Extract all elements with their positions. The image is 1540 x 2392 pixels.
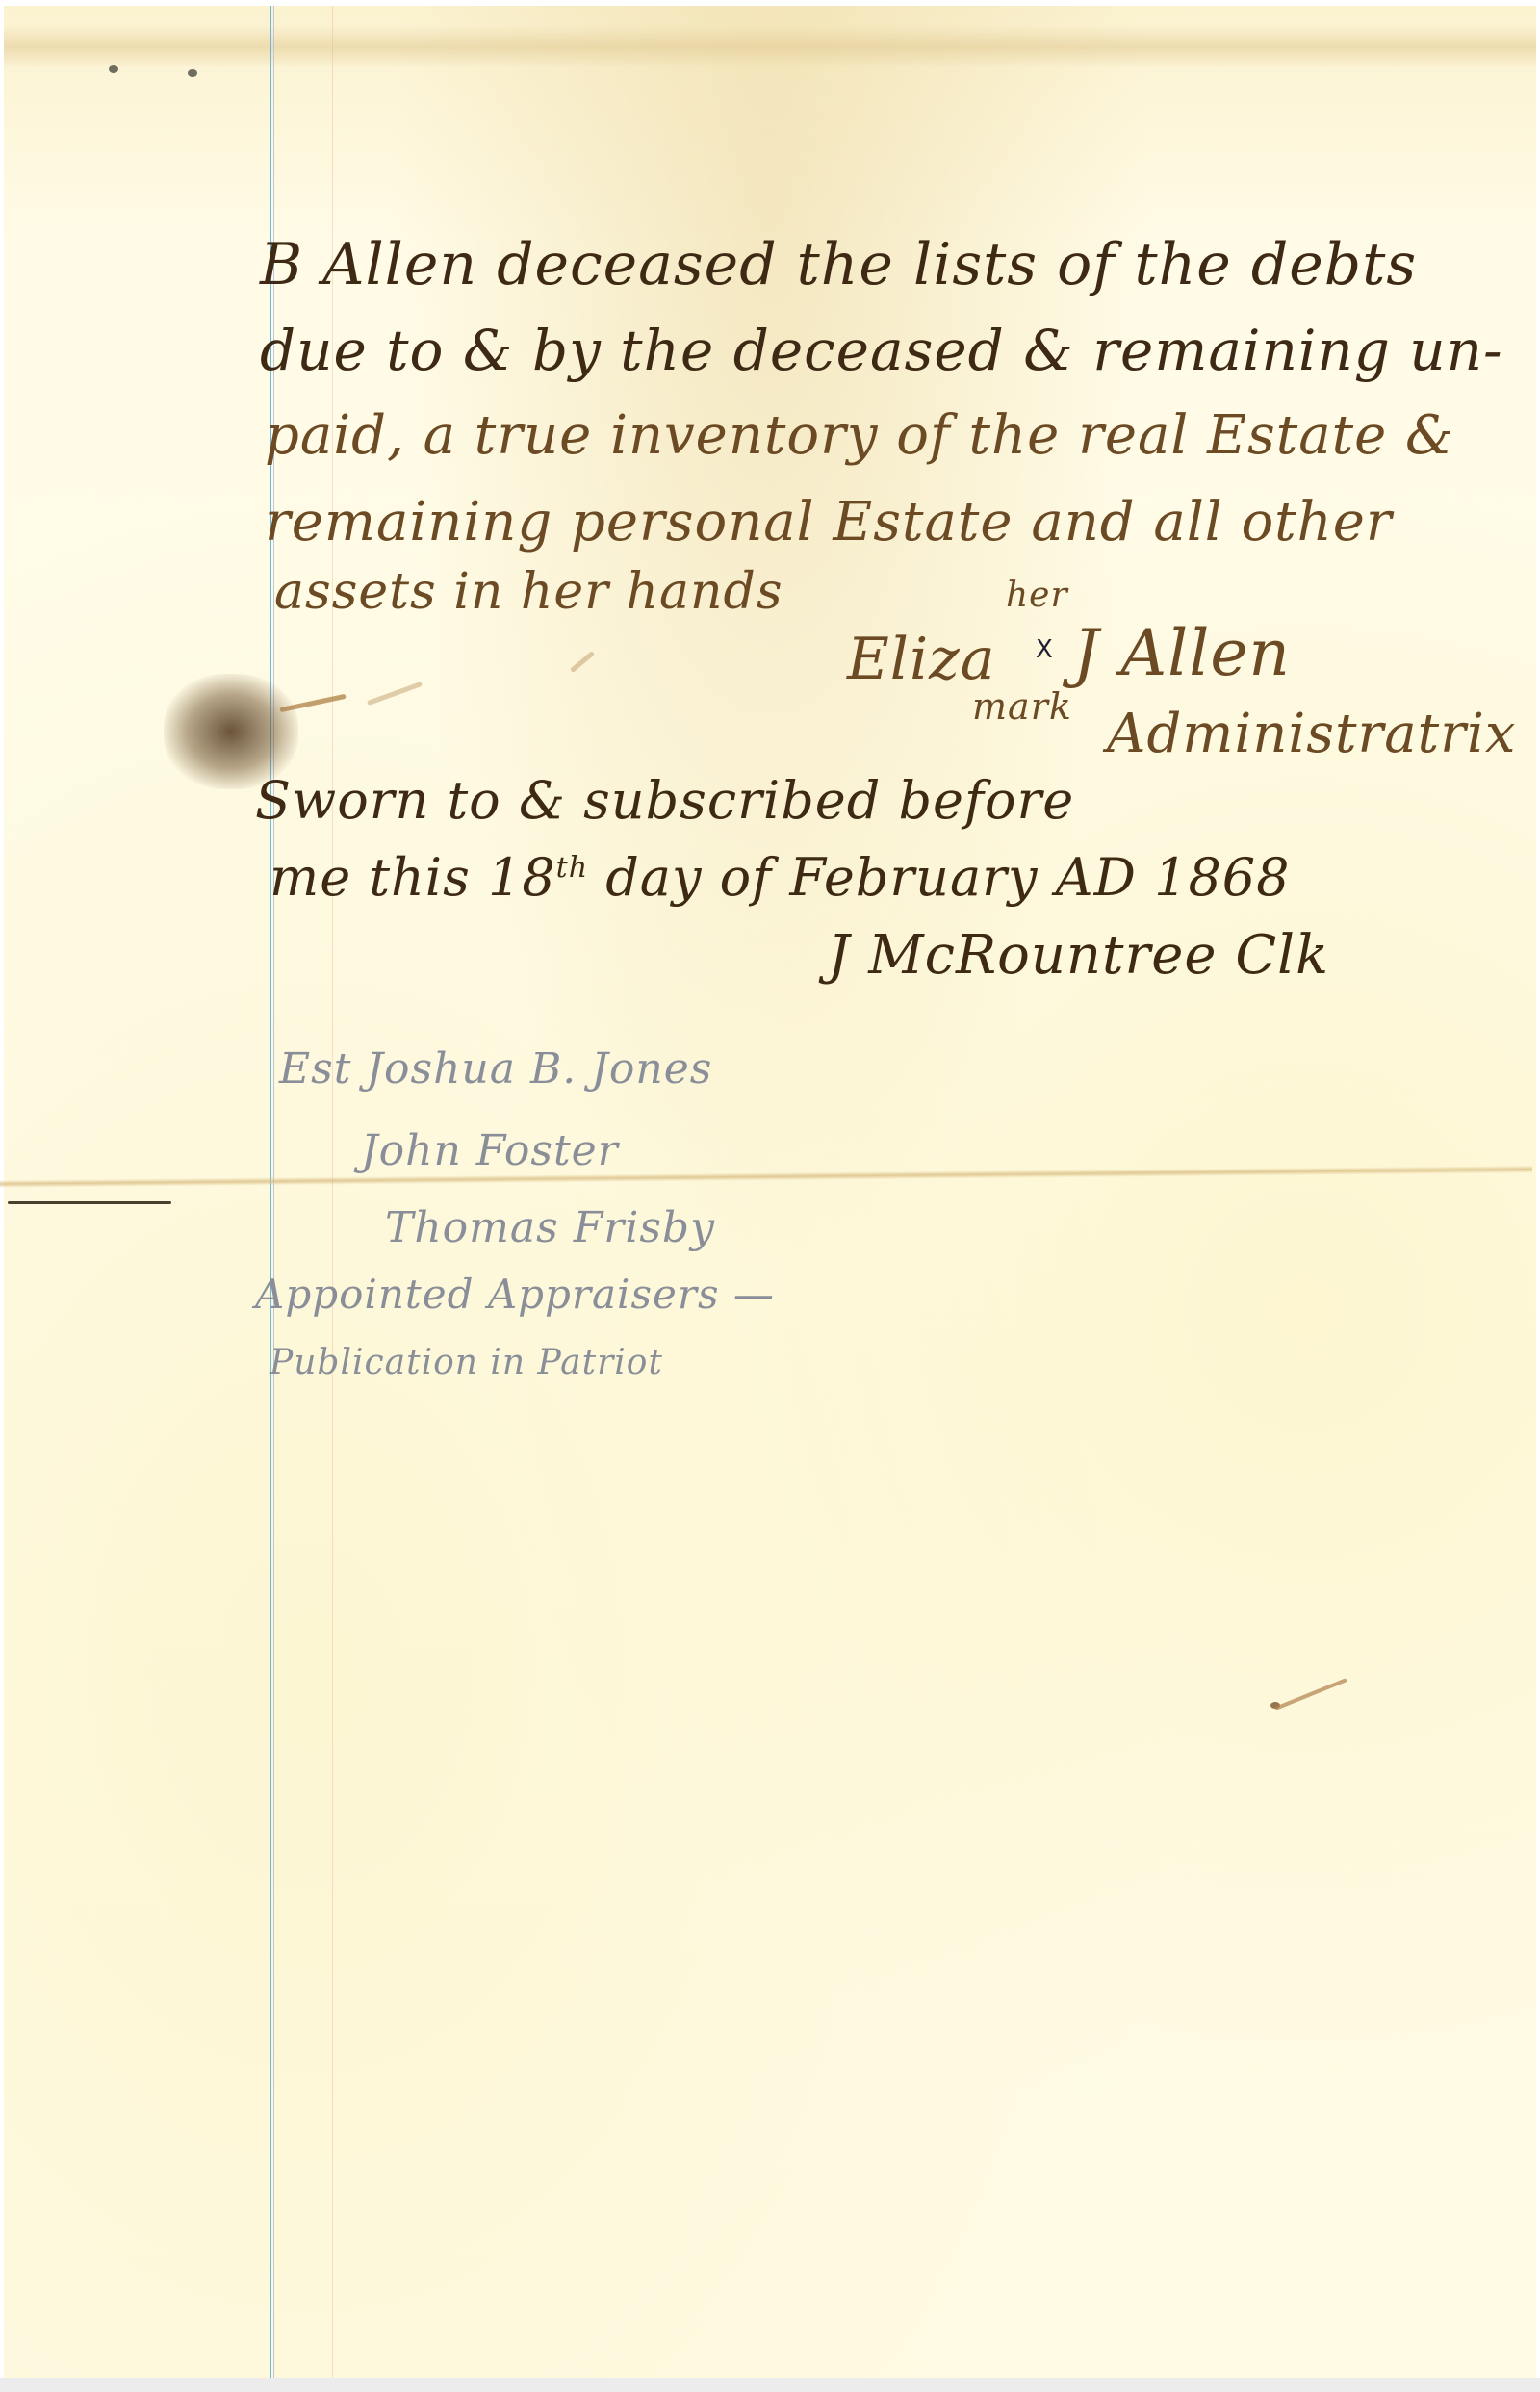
punch-hole (188, 69, 197, 77)
body-line-2: due to & by the deceased & remaining un- (260, 318, 1503, 383)
jurat-date-rest: day of February AD 1868 (605, 847, 1290, 908)
jurat-date-prefix: me this 18 (269, 847, 556, 908)
body-line-3: paid, a true inventory of the real Estat… (265, 404, 1454, 467)
clerk-signature: J McRountree Clk (828, 924, 1329, 987)
jurat-date-suffix: th (556, 851, 588, 885)
pencil-note-appraiser-2: Thomas Frisby (385, 1203, 715, 1252)
water-stain (4, 25, 1536, 68)
pencil-note-publication: Publication in Patriot (269, 1343, 663, 1382)
body-line-5: assets in her hands (274, 563, 783, 621)
punch-hole (109, 65, 118, 73)
pencil-note-estate: Est Joshua B. Jones (279, 1044, 712, 1093)
scan-bottom-edge (0, 2378, 1540, 2392)
signature-her: her (1006, 576, 1068, 615)
signature-mark: mark (972, 685, 1072, 728)
pencil-note-appraiser-1: John Foster (361, 1126, 619, 1175)
signature-x-mark: X (1036, 635, 1053, 664)
fold-tear (8, 1201, 171, 1204)
pencil-note-appointed: Appointed Appraisers — (255, 1271, 775, 1318)
signature-first-name: Eliza (847, 626, 996, 693)
signature-title: Administratrix (1107, 703, 1516, 765)
jurat-line-1: Sworn to & subscribed before (255, 770, 1074, 831)
body-line-4: remaining personal Estate and all other (265, 491, 1393, 553)
jurat-line-2: me this 18th day of February AD 1868 (269, 847, 1291, 908)
body-line-1: B Allen deceased the lists of the debts (260, 231, 1417, 298)
signature-last-name: J Allen (1073, 616, 1291, 690)
